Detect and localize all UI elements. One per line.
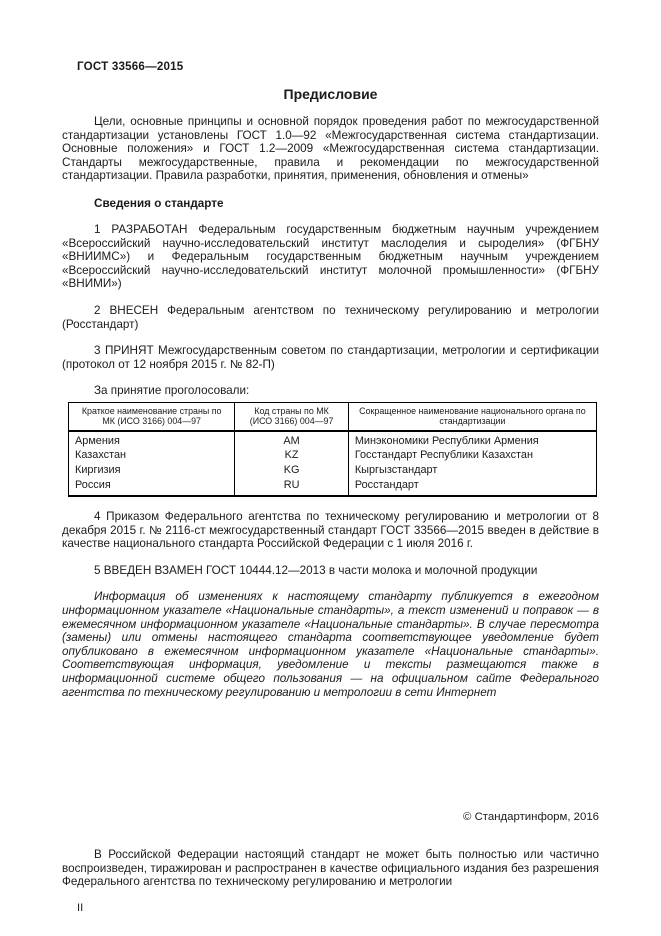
table-cell: Минэкономики Республики Армения	[348, 431, 596, 449]
table-header-row: Краткое наименование страны по МК (ИСО 3…	[69, 402, 597, 430]
table-cell: KG	[235, 463, 349, 478]
table-cell: Казахстан	[69, 448, 235, 463]
standard-item-5: 5 ВВЕДЕН ВЗАМЕН ГОСТ 10444.12—2013 в час…	[62, 564, 599, 578]
table-cell: Госстандарт Республики Казахстан	[348, 448, 596, 463]
document-page: ГОСТ 33566—2015 Предисловие Цели, основн…	[0, 0, 661, 936]
voting-table: Краткое наименование страны по МК (ИСО 3…	[68, 402, 597, 497]
table-row: АрменияAMМинэкономики Республики Армения	[69, 431, 597, 449]
page-number: II	[77, 902, 599, 914]
table-cell: RU	[235, 478, 349, 497]
page-title: Предисловие	[62, 86, 599, 102]
table-row: КиргизияKGКыргызстандарт	[69, 463, 597, 478]
standard-item-2: 2 ВНЕСЕН Федеральным агентством по техни…	[62, 304, 599, 331]
doc-number: ГОСТ 33566—2015	[77, 60, 599, 73]
table-row: КазахстанKZГосстандарт Республики Казахс…	[69, 448, 597, 463]
table-cell: Армения	[69, 431, 235, 449]
standard-item-3: 3 ПРИНЯТ Межгосударственным советом по с…	[62, 344, 599, 371]
table-cell: Киргизия	[69, 463, 235, 478]
table-row: РоссияRUРосстандарт	[69, 478, 597, 497]
table-cell: KZ	[235, 448, 349, 463]
table-cell: Кыргызстандарт	[348, 463, 596, 478]
note-paragraph: Информация об изменениях к настоящему ст…	[62, 590, 599, 699]
section-heading: Сведения о стандарте	[62, 197, 599, 210]
vote-label: За принятие проголосовали:	[62, 384, 599, 398]
voting-table-body: АрменияAMМинэкономики Республики Армения…	[69, 431, 597, 496]
copyright-line: © Стандартинформ, 2016	[62, 811, 599, 823]
reproduction-notice: В Российской Федерации настоящий стандар…	[62, 848, 599, 889]
table-cell: Росстандарт	[348, 478, 596, 497]
standard-item-1: 1 РАЗРАБОТАН Федеральным государственным…	[62, 223, 599, 291]
table-cell: Россия	[69, 478, 235, 497]
standard-item-4: 4 Приказом Федерального агентства по тех…	[62, 510, 599, 551]
table-cell: AM	[235, 431, 349, 449]
table-header-code: Код страны по МК (ИСО 3166) 004—97	[235, 402, 349, 430]
table-header-country: Краткое наименование страны по МК (ИСО 3…	[69, 402, 235, 430]
voting-table-header: Краткое наименование страны по МК (ИСО 3…	[69, 402, 597, 430]
table-header-body: Сокращенное наименование национального о…	[348, 402, 596, 430]
intro-paragraph: Цели, основные принципы и основной поряд…	[62, 115, 599, 183]
